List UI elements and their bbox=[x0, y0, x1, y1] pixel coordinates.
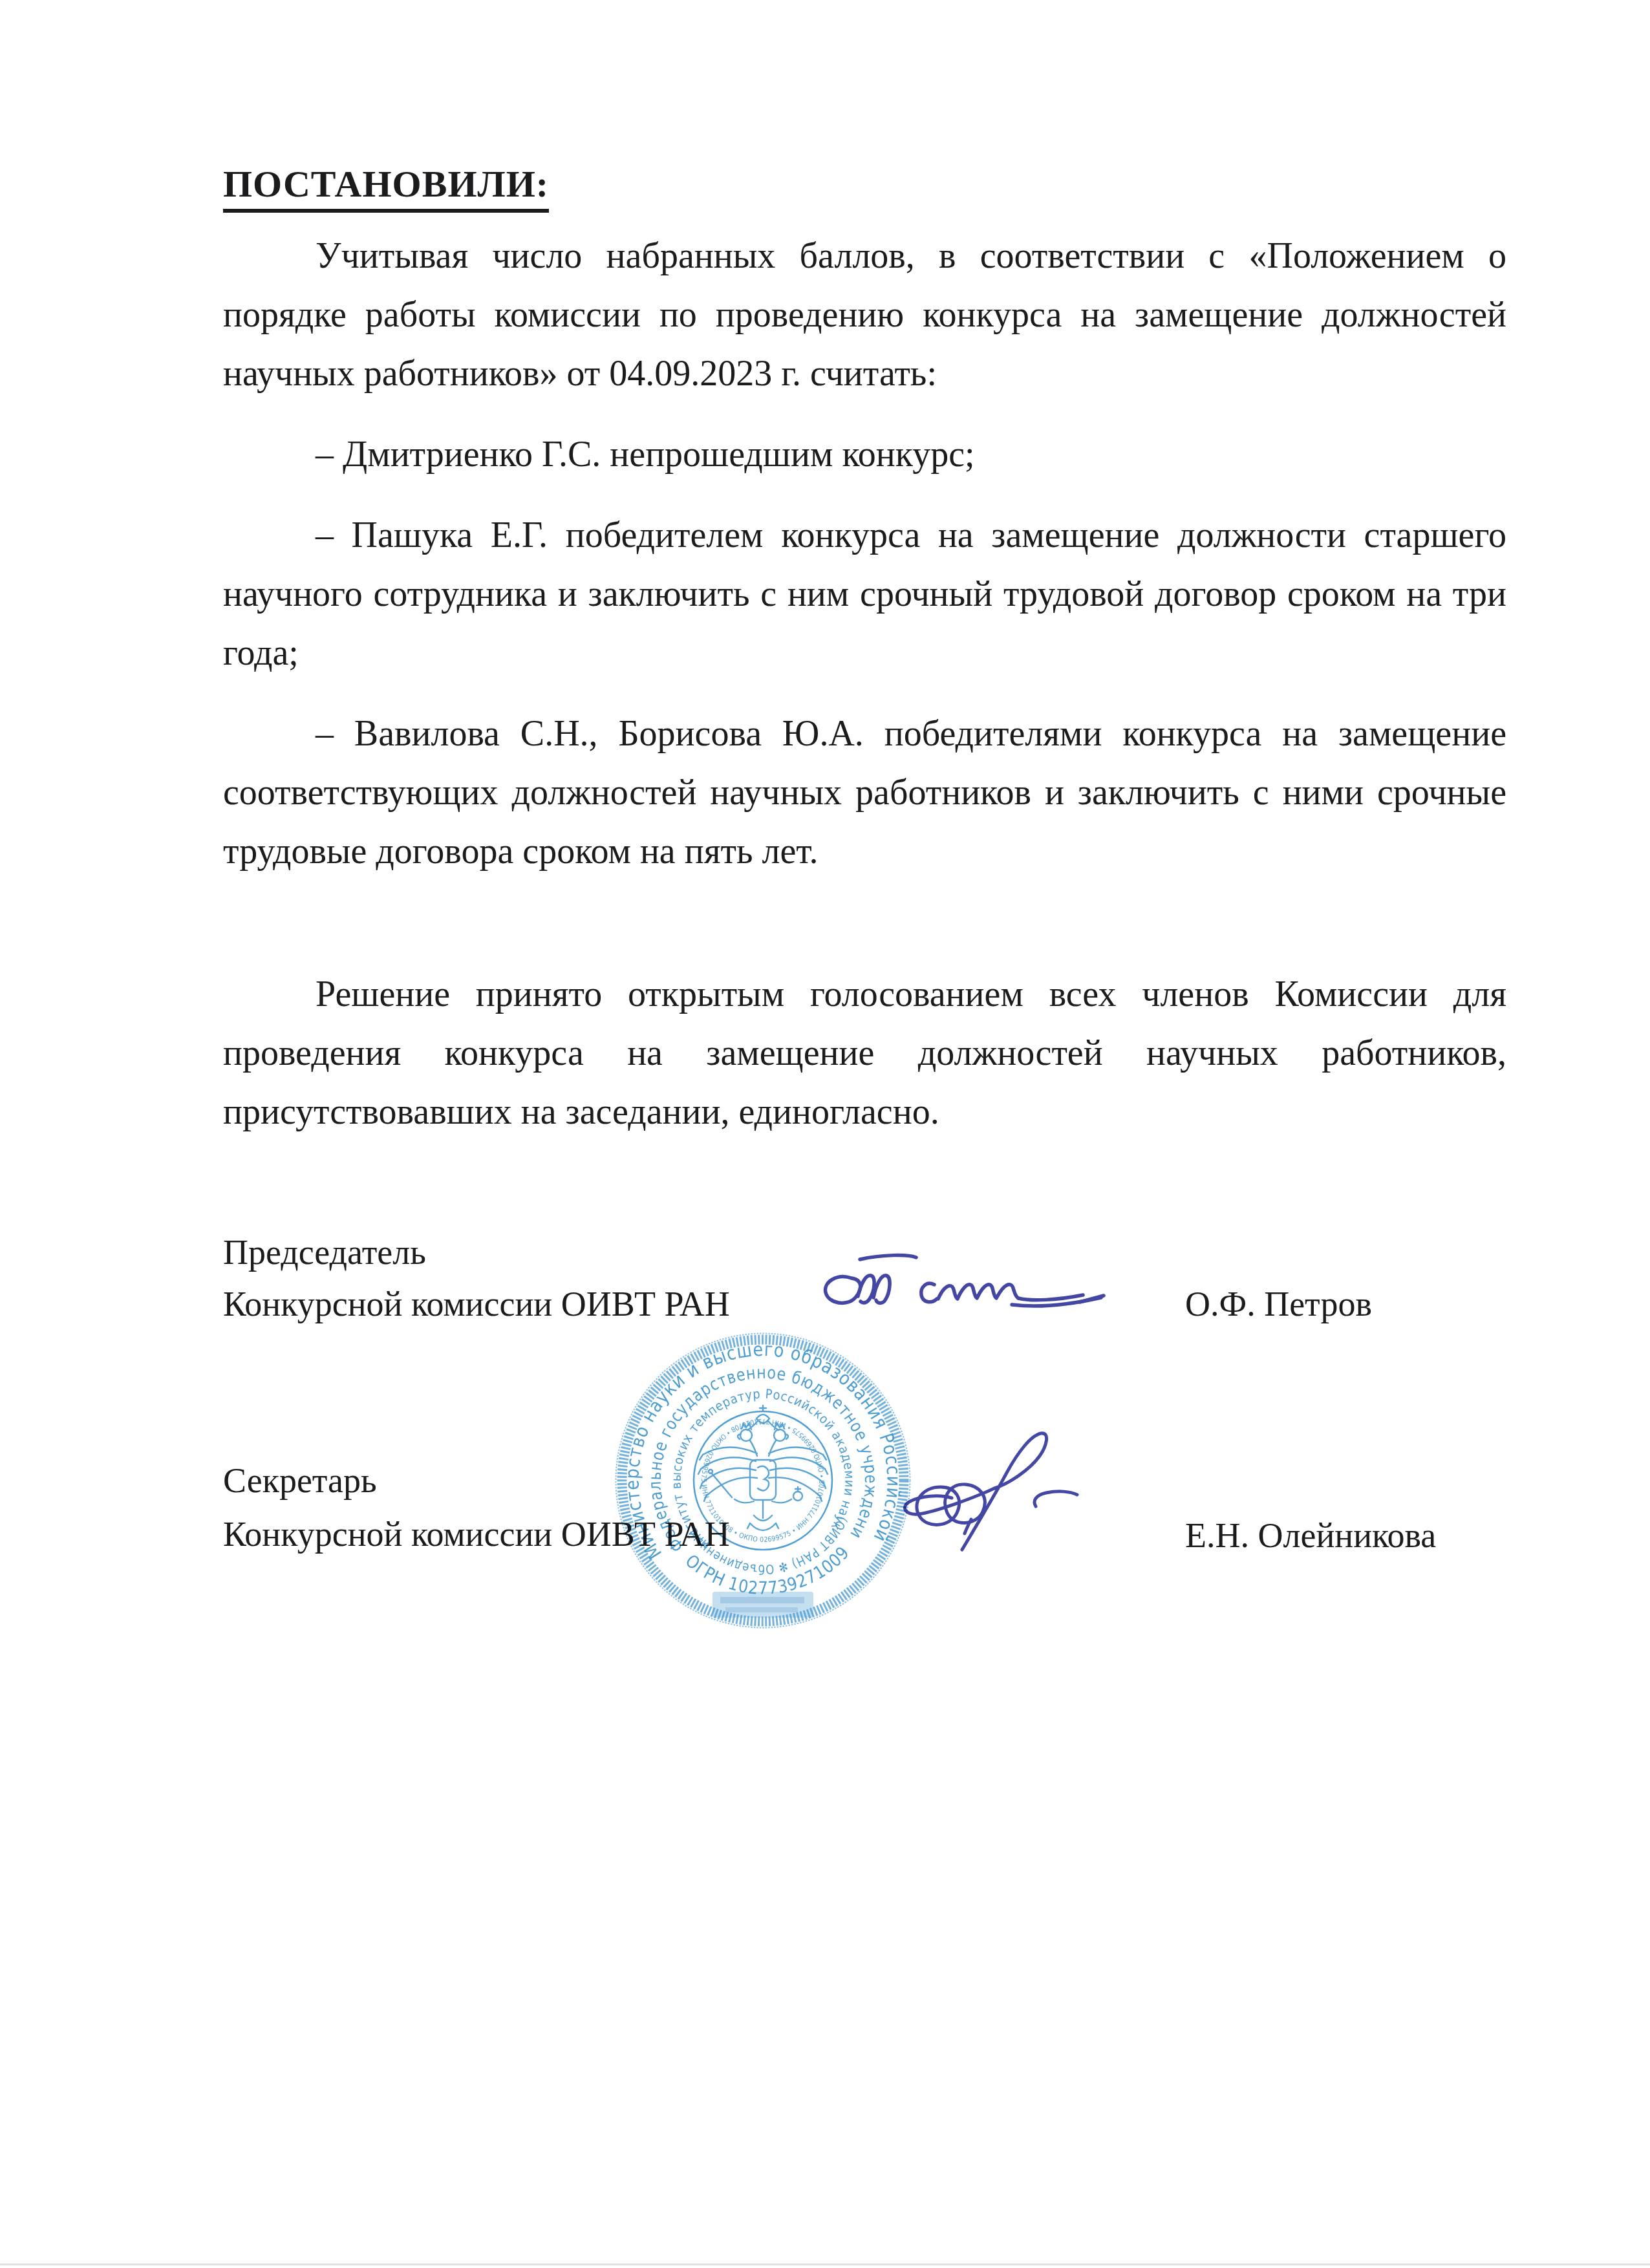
paragraph-intro: Учитывая число набранных баллов, в соотв… bbox=[223, 227, 1506, 403]
document-body: ПОСТАНОВИЛИ: Учитывая число набранных ба… bbox=[223, 163, 1506, 1142]
secretary-role-line1: Секретарь bbox=[223, 1458, 377, 1503]
secretary-name: Е.Н. Олейникова bbox=[1185, 1513, 1436, 1558]
stamp-micro-text: ИНН 7711010708 • ОКПО 02699575 • ИНН 771… bbox=[695, 1413, 830, 1548]
svg-text:ИНН 7711010708 • ОКПО 02699575: ИНН 7711010708 • ОКПО 02699575 • ИНН 771… bbox=[695, 1413, 830, 1548]
resolution-item-3: – Вавилова С.Н., Борисова Ю.А. победител… bbox=[223, 705, 1506, 881]
secretary-signature bbox=[899, 1416, 1106, 1590]
chairman-name: О.Ф. Петров bbox=[1185, 1281, 1372, 1327]
chairman-role-line2: Конкурсной комиссии ОИВТ РАН bbox=[223, 1281, 730, 1327]
resolution-item-2: – Пашука Е.Г. победителем конкурса на за… bbox=[223, 506, 1506, 683]
official-stamp: Министерство науки и высшего образования… bbox=[614, 1332, 912, 1629]
stamp-smudge bbox=[712, 1592, 813, 1618]
scanned-document-page: ПОСТАНОВИЛИ: Учитывая число набранных ба… bbox=[0, 0, 1650, 2268]
chairman-role-line1: Председатель bbox=[223, 1230, 426, 1275]
document-title: ПОСТАНОВИЛИ: bbox=[223, 163, 549, 213]
stamp-inner-circle bbox=[694, 1411, 832, 1550]
paragraph-decision: Решение принято открытым голосованием вс… bbox=[223, 965, 1506, 1142]
resolution-item-1: – Дмитриенко Г.С. непрошедшим конкурс; bbox=[223, 425, 1506, 484]
chairman-signature bbox=[811, 1245, 1122, 1354]
scanner-edge-artifact bbox=[0, 2263, 1650, 2265]
